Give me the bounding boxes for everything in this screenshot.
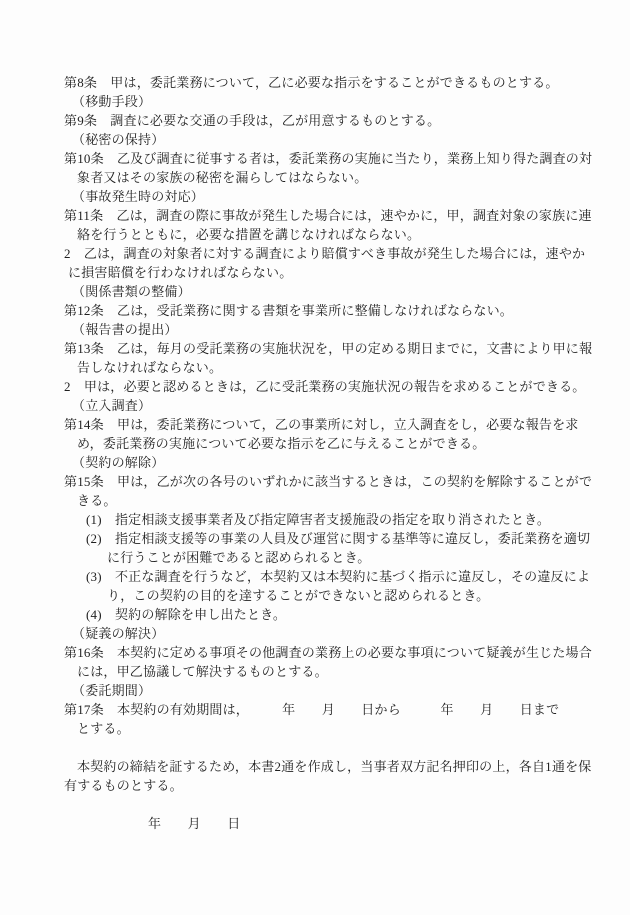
document-line: （関係書類の整備） [64, 282, 570, 301]
document-line: 第16条 本契約に定める事項その他調査の業務上の必要な事項について疑義が生じた場… [64, 643, 570, 662]
document-line: 2 甲は，必要と認めるときは，乙に受託業務の実施状況の報告を求めることができる。 [64, 377, 570, 396]
document-line: に行うことが困難であると認められるとき。 [64, 548, 570, 567]
document-line: （疑義の解決） [64, 624, 570, 643]
document-line: （事故発生時の対応） [64, 187, 570, 206]
blank-line [64, 795, 570, 814]
document-line: きる。 [64, 491, 570, 510]
document-line: に損害賠償を行わなければならない。 [64, 263, 570, 282]
document-line: 第10条 乙及び調査に従事する者は，委託業務の実施に当たり，業務上知り得た調査の… [64, 149, 570, 168]
document-line: （立入調査） [64, 396, 570, 415]
document-line: り，この契約の目的を達することができないと認められるとき。 [64, 586, 570, 605]
document-line: め，委託業務の実施について必要な指示を乙に与えることができる。 [64, 434, 570, 453]
document-line: 第15条 甲は，乙が次の各号のいずれかに該当するときは，この契約を解除することが… [64, 472, 570, 491]
document-line: 第8条 甲は，委託業務について，乙に必要な指示をすることができるものとする。 [64, 73, 570, 92]
document-line: 第11条 乙は，調査の際に事故が発生した場合には，速やかに，甲，調査対象の家族に… [64, 206, 570, 225]
document-line: 第14条 甲は，委託業務について，乙の事業所に対し，立入調査をし，必要な報告を求 [64, 415, 570, 434]
document-line: 第13条 乙は，毎月の受託業務の実施状況を，甲の定める期日までに，文書により甲に… [64, 339, 570, 358]
blank-line [64, 738, 570, 757]
document-line: 年 月 日 [64, 814, 570, 833]
document-body: 第8条 甲は，委託業務について，乙に必要な指示をすることができるものとする。（移… [64, 73, 570, 833]
document-line: （移動手段） [64, 92, 570, 111]
document-line: 第17条 本契約の有効期間は， 年 月 日から 年 月 日まで [64, 700, 570, 719]
document-line: (1) 指定相談支援事業者及び指定障害者支援施設の指定を取り消されたとき。 [64, 510, 570, 529]
document-line: とする。 [64, 719, 570, 738]
document-line: 第12条 乙は，受託業務に関する書類を事業所に整備しなければならない。 [64, 301, 570, 320]
document-line: 第9条 調査に必要な交通の手段は，乙が用意するものとする。 [64, 111, 570, 130]
document-line: （秘密の保持） [64, 130, 570, 149]
document-line: 告しなければならない。 [64, 358, 570, 377]
document-line: 象者又はその家族の秘密を漏らしてはならない。 [64, 168, 570, 187]
document-line: には，甲乙協議して解決するものとする。 [64, 662, 570, 681]
document-line: 有するものとする。 [64, 776, 570, 795]
document-line: 本契約の締結を証するため，本書2通を作成し，当事者双方記名押印の上，各自1通を保 [64, 757, 570, 776]
document-line: 絡を行うとともに，必要な措置を講じなければならない。 [64, 225, 570, 244]
document-line: (3) 不正な調査を行うなど，本契約又は本契約に基づく指示に違反し，その違反によ [64, 567, 570, 586]
document-line: (2) 指定相談支援等の事業の人員及び運営に関する基準等に違反し，委託業務を適切 [64, 529, 570, 548]
document-line: 2 乙は，調査の対象者に対する調査により賠償すべき事故が発生した場合には，速やか [64, 244, 570, 263]
document-line: （委託期間） [64, 681, 570, 700]
document-line: （契約の解除） [64, 453, 570, 472]
document-line: （報告書の提出） [64, 320, 570, 339]
document-line: (4) 契約の解除を申し出たとき。 [64, 605, 570, 624]
contract-page: 第8条 甲は，委託業務について，乙に必要な指示をすることができるものとする。（移… [0, 0, 630, 915]
